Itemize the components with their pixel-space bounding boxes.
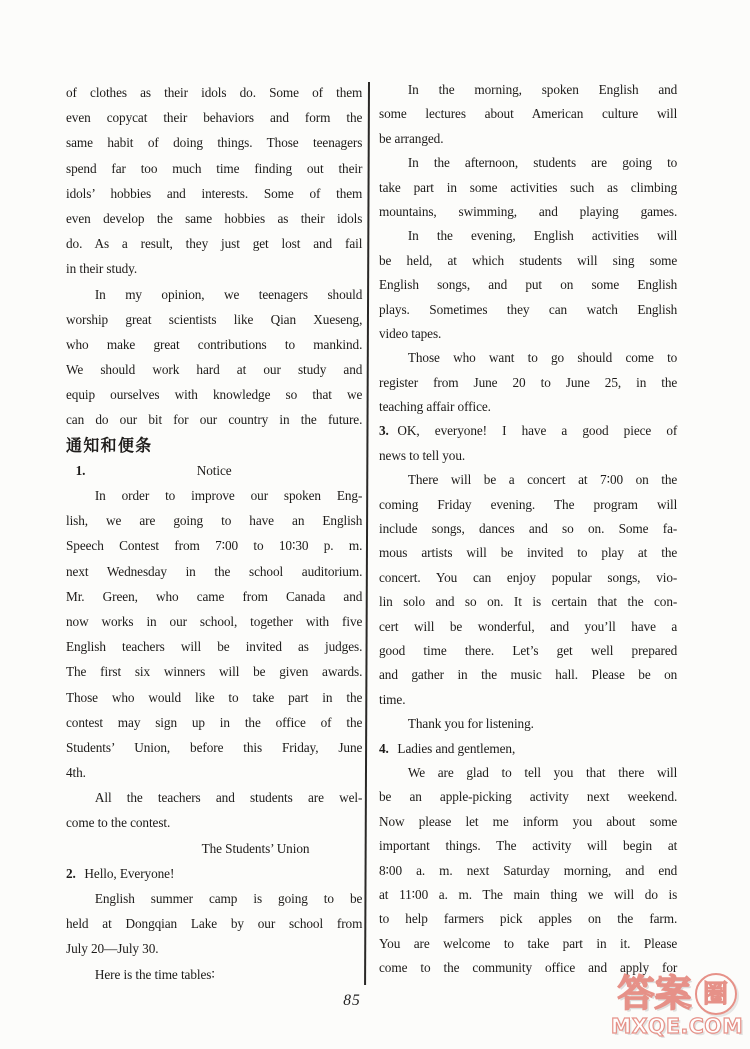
text-line: lish, we are going to have an English	[66, 508, 362, 533]
text-line: at 11∶00 a. m. The main thing we will do…	[379, 883, 677, 907]
column-divider-rule	[364, 82, 370, 985]
signature-line: The Students’ Union	[66, 836, 362, 861]
text-line: Here is the time tables∶	[66, 962, 362, 987]
page-number: 85	[330, 992, 374, 1010]
text-line: teaching affair office.	[379, 395, 677, 419]
text-line: worship great scientists like Qian Xuese…	[66, 307, 362, 332]
text-line: Students’ Union, before this Friday, Jun…	[66, 735, 362, 760]
text-line: 1.Notice	[66, 458, 362, 483]
text-line: next Wednesday in the school auditorium.	[66, 559, 362, 584]
text-line: The first six winners will be given awar…	[66, 659, 362, 684]
text-line: Mr. Green, who came from Canada and	[66, 584, 362, 609]
watermark: 答案圈 MXQE.COM	[606, 972, 748, 1038]
text-line: You are welcome to take part in it. Plea…	[379, 932, 677, 956]
text-line: We should work hard at our study and	[66, 357, 362, 382]
text-line: register from June 20 to June 25, in the	[379, 371, 677, 395]
right-text-column: In the morning, spoken English andsome l…	[379, 78, 677, 980]
text-line: spend far too much time finding out thei…	[66, 156, 362, 181]
watermark-circled-char-icon: 圈	[695, 973, 737, 1015]
watermark-brand-text: 答案	[618, 972, 692, 1016]
text-line: concert. You can enjoy popular songs, vi…	[379, 566, 677, 590]
text-line: Now please let me inform you about some	[379, 810, 677, 834]
text-line: news to tell you.	[379, 444, 677, 468]
scanned-book-page: of clothes as their idols do. Some of th…	[0, 0, 750, 1049]
text-line: In order to improve our spoken Eng-	[66, 483, 362, 508]
item-number: 1.	[76, 458, 86, 483]
text-line: English summer camp is going to be	[66, 886, 362, 911]
item-number: 2.	[66, 866, 76, 881]
text-line: mous artists will be invited to play at …	[379, 541, 677, 565]
text-line: equip ourselves with knowledge so that w…	[66, 382, 362, 407]
text-line: good time there. Let’s get well prepared	[379, 639, 677, 663]
left-text-column: of clothes as their idols do. Some of th…	[66, 80, 362, 987]
item-text: Hello, Everyone!	[84, 866, 174, 881]
text-line: 3.OK, everyone! I have a good piece of	[379, 419, 677, 443]
item-number: 4.	[379, 741, 389, 756]
text-line: In the morning, spoken English and	[379, 78, 677, 102]
text-line: In my opinion, we teenagers should	[66, 282, 362, 307]
text-line: In the evening, English activities will	[379, 224, 677, 248]
text-line: idols’ hobbies and interests. Some of th…	[66, 181, 362, 206]
text-line: 4th.	[66, 760, 362, 785]
text-line: Thank you for listening.	[379, 712, 677, 736]
item-text: Notice	[197, 463, 232, 478]
text-line: 8∶00 a. m. next Saturday morning, and en…	[379, 859, 677, 883]
text-line: Speech Contest from 7∶00 to 10∶30 p. m.	[66, 533, 362, 558]
text-line: come to the contest.	[66, 810, 362, 835]
text-line: important things. The activity will begi…	[379, 834, 677, 858]
text-line: to help farmers pick apples on the farm.	[379, 907, 677, 931]
text-line: include songs, dances and so on. Some fa…	[379, 517, 677, 541]
text-line: contest may sign up in the office of the	[66, 710, 362, 735]
text-line: video tapes.	[379, 322, 677, 346]
text-line: same habit of doing things. Those teenag…	[66, 130, 362, 155]
text-line: be held, at which students will sing som…	[379, 249, 677, 273]
item-number: 3.	[379, 423, 389, 438]
text-line: and gather in the music hall. Please be …	[379, 663, 677, 687]
watermark-brand: 答案圈	[606, 972, 748, 1016]
text-line: 4.Ladies and gentlemen,	[379, 737, 677, 761]
text-line: held at Dongqian Lake by our school from	[66, 911, 362, 936]
text-line: In the afternoon, students are going to	[379, 151, 677, 175]
text-line: of clothes as their idols do. Some of th…	[66, 80, 362, 105]
text-line: mountains, swimming, and playing games.	[379, 200, 677, 224]
text-line: Those who would like to take part in the	[66, 685, 362, 710]
text-line: even develop the same hobbies as their i…	[66, 206, 362, 231]
text-line: All the teachers and students are wel-	[66, 785, 362, 810]
watermark-domain: MXQE.COM	[606, 1014, 748, 1038]
text-line: some lectures about American culture wil…	[379, 102, 677, 126]
text-line: even copycat their behaviors and form th…	[66, 105, 362, 130]
text-line: do. As a result, they just get lost and …	[66, 231, 362, 256]
text-line: time.	[379, 688, 677, 712]
text-line: Those who want to go should come to	[379, 346, 677, 370]
text-line: can do our bit for our country in the fu…	[66, 407, 362, 432]
text-line: who make great contributions to mankind.	[66, 332, 362, 357]
text-line: We are glad to tell you that there will	[379, 761, 677, 785]
text-line: now works in our school, together with f…	[66, 609, 362, 634]
text-line: take part in some activities such as cli…	[379, 176, 677, 200]
section-heading: 通知和便条	[66, 433, 362, 458]
text-line: 2.Hello, Everyone!	[66, 861, 362, 886]
text-line: coming Friday evening. The program will	[379, 493, 677, 517]
text-line: English teachers will be invited as judg…	[66, 634, 362, 659]
text-line: be arranged.	[379, 127, 677, 151]
text-line: be an apple-picking activity next weeken…	[379, 785, 677, 809]
text-line: There will be a concert at 7∶00 on the	[379, 468, 677, 492]
text-line: lin solo and so on. It is certain that t…	[379, 590, 677, 614]
text-line: English songs, and put on some English	[379, 273, 677, 297]
text-line: July 20—July 30.	[66, 936, 362, 961]
item-text: OK, everyone! I have a good piece of	[397, 423, 677, 438]
item-text: Ladies and gentlemen,	[397, 741, 515, 756]
text-line: in their study.	[66, 256, 362, 281]
text-line: plays. Sometimes they can watch English	[379, 298, 677, 322]
text-line: cert will be wonderful, and you’ll have …	[379, 615, 677, 639]
